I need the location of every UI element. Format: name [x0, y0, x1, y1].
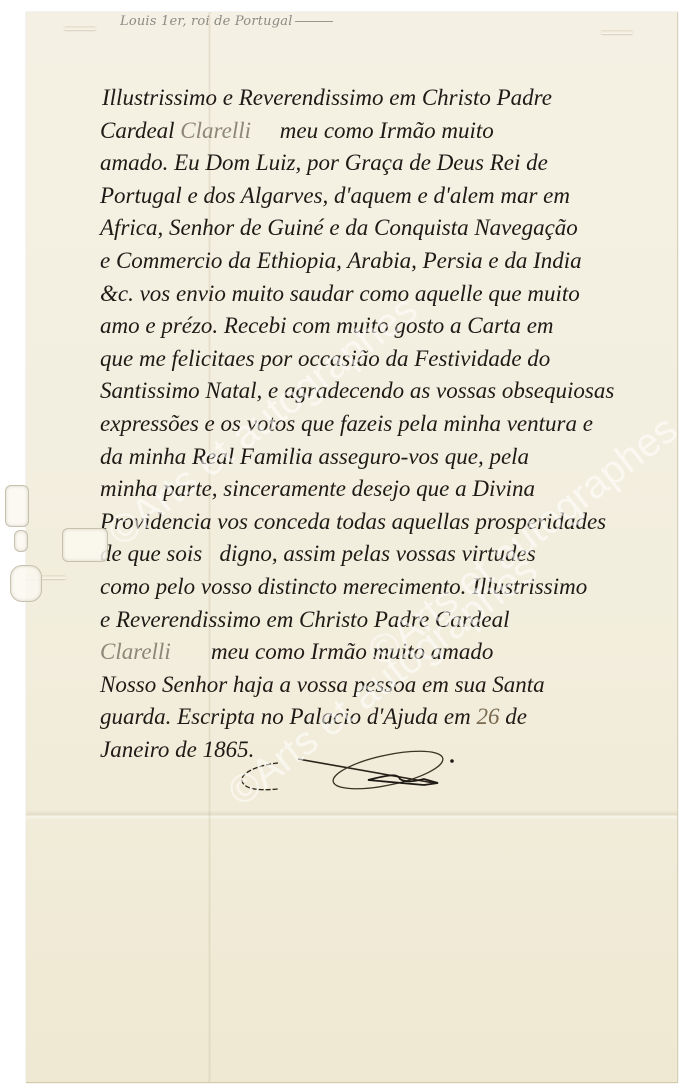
line-text: Santissimo Natal, e agradecendo as vossa…	[100, 378, 614, 403]
letter-line: Providencia vos conceda todas aquellas p…	[100, 506, 680, 539]
letter-line: de que sois digno, assim pelas vossas vi…	[100, 538, 680, 571]
line-text: expressões e os votos que fazeis pela mi…	[100, 411, 593, 436]
line-text: amo e prézo. Recebi com muito gosto a Ca…	[100, 313, 554, 338]
letter-line: amo e prézo. Recebi com muito gosto a Ca…	[100, 310, 680, 343]
wax-seal-fragment	[62, 528, 108, 562]
line-text: Nosso Senhor haja a vossa pessoa em sua …	[100, 672, 545, 697]
line-text: como pelo vosso distincto merecimento. I…	[100, 574, 587, 599]
line-text: de	[505, 704, 527, 729]
line-text: meu como Irmão muito amado	[211, 639, 493, 664]
line-text: Cardeal	[100, 118, 175, 143]
letter-line: Santissimo Natal, e agradecendo as vossa…	[100, 375, 680, 408]
pencil-annotation-text: Louis 1er, roi de Portugal	[120, 14, 293, 29]
letter-line: da minha Real Familia asseguro-vos que, …	[100, 441, 680, 474]
line-text: de que sois digno, assim pelas vossas vi…	[100, 541, 536, 566]
letter-line: Cardeal Clarelli meu como Irmão muito	[100, 115, 680, 148]
line-text: e Reverendissimo em Christo Padre Cardea…	[100, 607, 509, 632]
wax-seal-fragment	[10, 565, 42, 602]
letter-line: e Commercio da Ethiopia, Arabia, Persia …	[100, 245, 680, 278]
letter-line: amado. Eu Dom Luiz, por Graça de Deus Re…	[100, 147, 680, 180]
pencil-annotation: Louis 1er, roi de Portugal	[120, 14, 333, 29]
paper-tab-mark	[64, 26, 96, 30]
letter-line: e Reverendissimo em Christo Padre Cardea…	[100, 604, 680, 637]
wax-seal-fragment	[5, 485, 29, 527]
letter-line: Nosso Senhor haja a vossa pessoa em sua …	[100, 669, 680, 702]
letter-line: como pelo vosso distincto merecimento. I…	[100, 571, 680, 604]
line-text: guarda. Escripta no Palacio d'Ajuda em	[100, 704, 471, 729]
letter-line: guarda. Escripta no Palacio d'Ajuda em 2…	[100, 701, 680, 734]
line-text: amado. Eu Dom Luiz, por Graça de Deus Re…	[100, 150, 548, 175]
horizontal-fold-crease	[26, 810, 677, 820]
royal-signature	[238, 745, 468, 795]
line-text: Providencia vos conceda todas aquellas p…	[100, 509, 606, 534]
line-text: minha parte, sinceramente desejo que a D…	[100, 476, 535, 501]
letter-line: &c. vos envio muito saudar como aquelle …	[100, 278, 680, 311]
line-text: meu como Irmão muito	[280, 118, 494, 143]
letter-line: Clarelli meu como Irmão muito amado	[100, 636, 680, 669]
line-text: que me felicitaes por occasião da Festiv…	[100, 346, 550, 371]
line-text: Janeiro de 1865.	[100, 737, 254, 762]
line-text: Portugal e dos Algarves, d'aquem e d'ale…	[100, 183, 570, 208]
line-text: Africa, Senhor de Guiné e da Conquista N…	[100, 215, 578, 240]
line-text: da minha Real Familia asseguro-vos que, …	[100, 444, 529, 469]
letter-line: minha parte, sinceramente desejo que a D…	[100, 473, 680, 506]
pencil-dash	[295, 21, 333, 22]
line-text: Illustrissimo e Reverendissimo em Christ…	[102, 85, 552, 110]
letter-line: expressões e os votos que fazeis pela mi…	[100, 408, 680, 441]
letter-line: Africa, Senhor de Guiné e da Conquista N…	[100, 212, 680, 245]
letter-body: Illustrissimo e Reverendissimo em Christ…	[100, 82, 680, 766]
faded-name: Clarelli	[100, 639, 171, 664]
wax-seal-fragment	[14, 530, 28, 552]
paper-tab-mark	[601, 30, 633, 34]
letter-line: que me felicitaes por occasião da Festiv…	[100, 343, 680, 376]
letter-line: Illustrissimo e Reverendissimo em Christ…	[100, 82, 680, 115]
letter-line: Portugal e dos Algarves, d'aquem e d'ale…	[100, 180, 680, 213]
date-day: 26	[477, 704, 500, 729]
line-text: e Commercio da Ethiopia, Arabia, Persia …	[100, 248, 582, 273]
faded-name: Clarelli	[180, 118, 251, 143]
line-text: &c. vos envio muito saudar como aquelle …	[100, 281, 580, 306]
